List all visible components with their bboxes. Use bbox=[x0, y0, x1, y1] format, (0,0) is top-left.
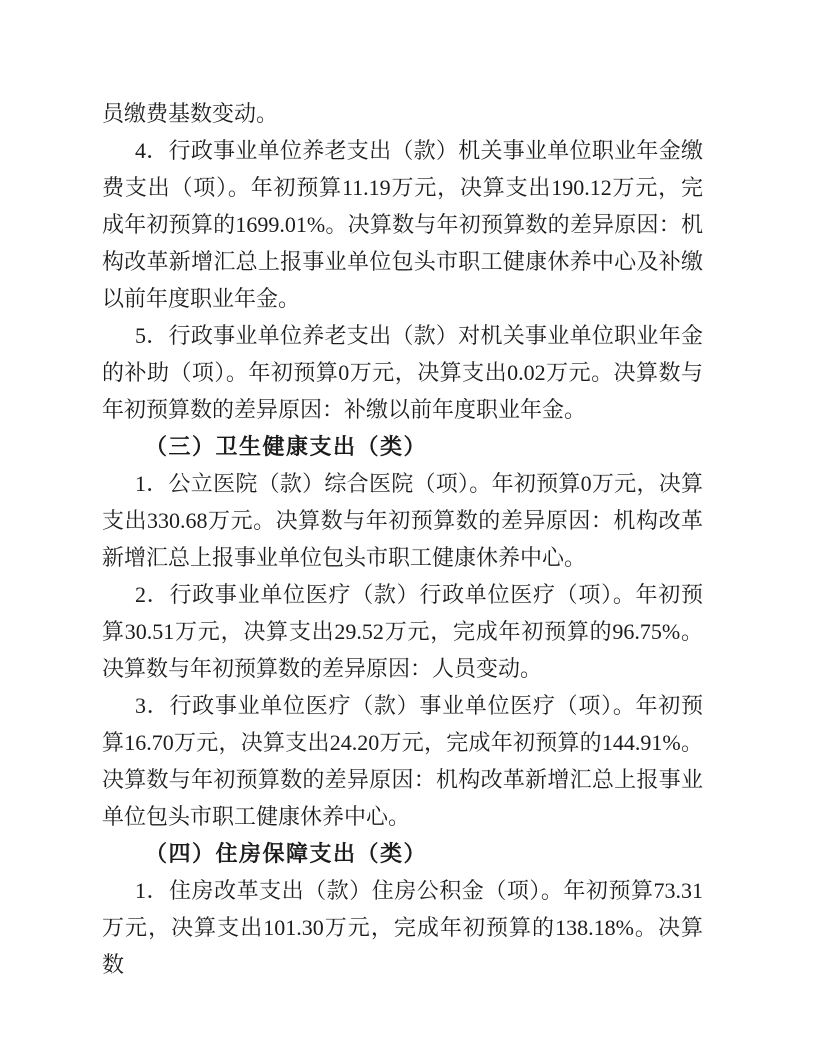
body-paragraph: 2．行政事业单位医疗（款）行政单位医疗（项）。年初预算30.51万元，决算支出2… bbox=[102, 576, 703, 687]
body-paragraph: 5．行政事业单位养老支出（款）对机关事业单位职业年金的补助（项）。年初预算0万元… bbox=[102, 317, 703, 428]
body-paragraph: 4．行政事业单位养老支出（款）机关事业单位职业年金缴费支出（项）。年初预算11.… bbox=[102, 132, 703, 317]
document-text-area: 员缴费基数变动。4．行政事业单位养老支出（款）机关事业单位职业年金缴费支出（项）… bbox=[102, 95, 703, 983]
body-paragraph: 3．行政事业单位医疗（款）事业单位医疗（项）。年初预算16.70万元，决算支出2… bbox=[102, 687, 703, 835]
body-paragraph: 1．住房改革支出（款）住房公积金（项）。年初预算73.31万元，决算支出101.… bbox=[102, 872, 703, 983]
section-heading: （四）住房保障支出（类） bbox=[102, 835, 703, 872]
section-heading: （三）卫生健康支出（类） bbox=[102, 428, 703, 465]
document-page: 员缴费基数变动。4．行政事业单位养老支出（款）机关事业单位职业年金缴费支出（项）… bbox=[0, 0, 816, 1056]
paragraph-continuation: 员缴费基数变动。 bbox=[102, 95, 703, 132]
body-paragraph: 1．公立医院（款）综合医院（项）。年初预算0万元，决算支出330.68万元。决算… bbox=[102, 465, 703, 576]
